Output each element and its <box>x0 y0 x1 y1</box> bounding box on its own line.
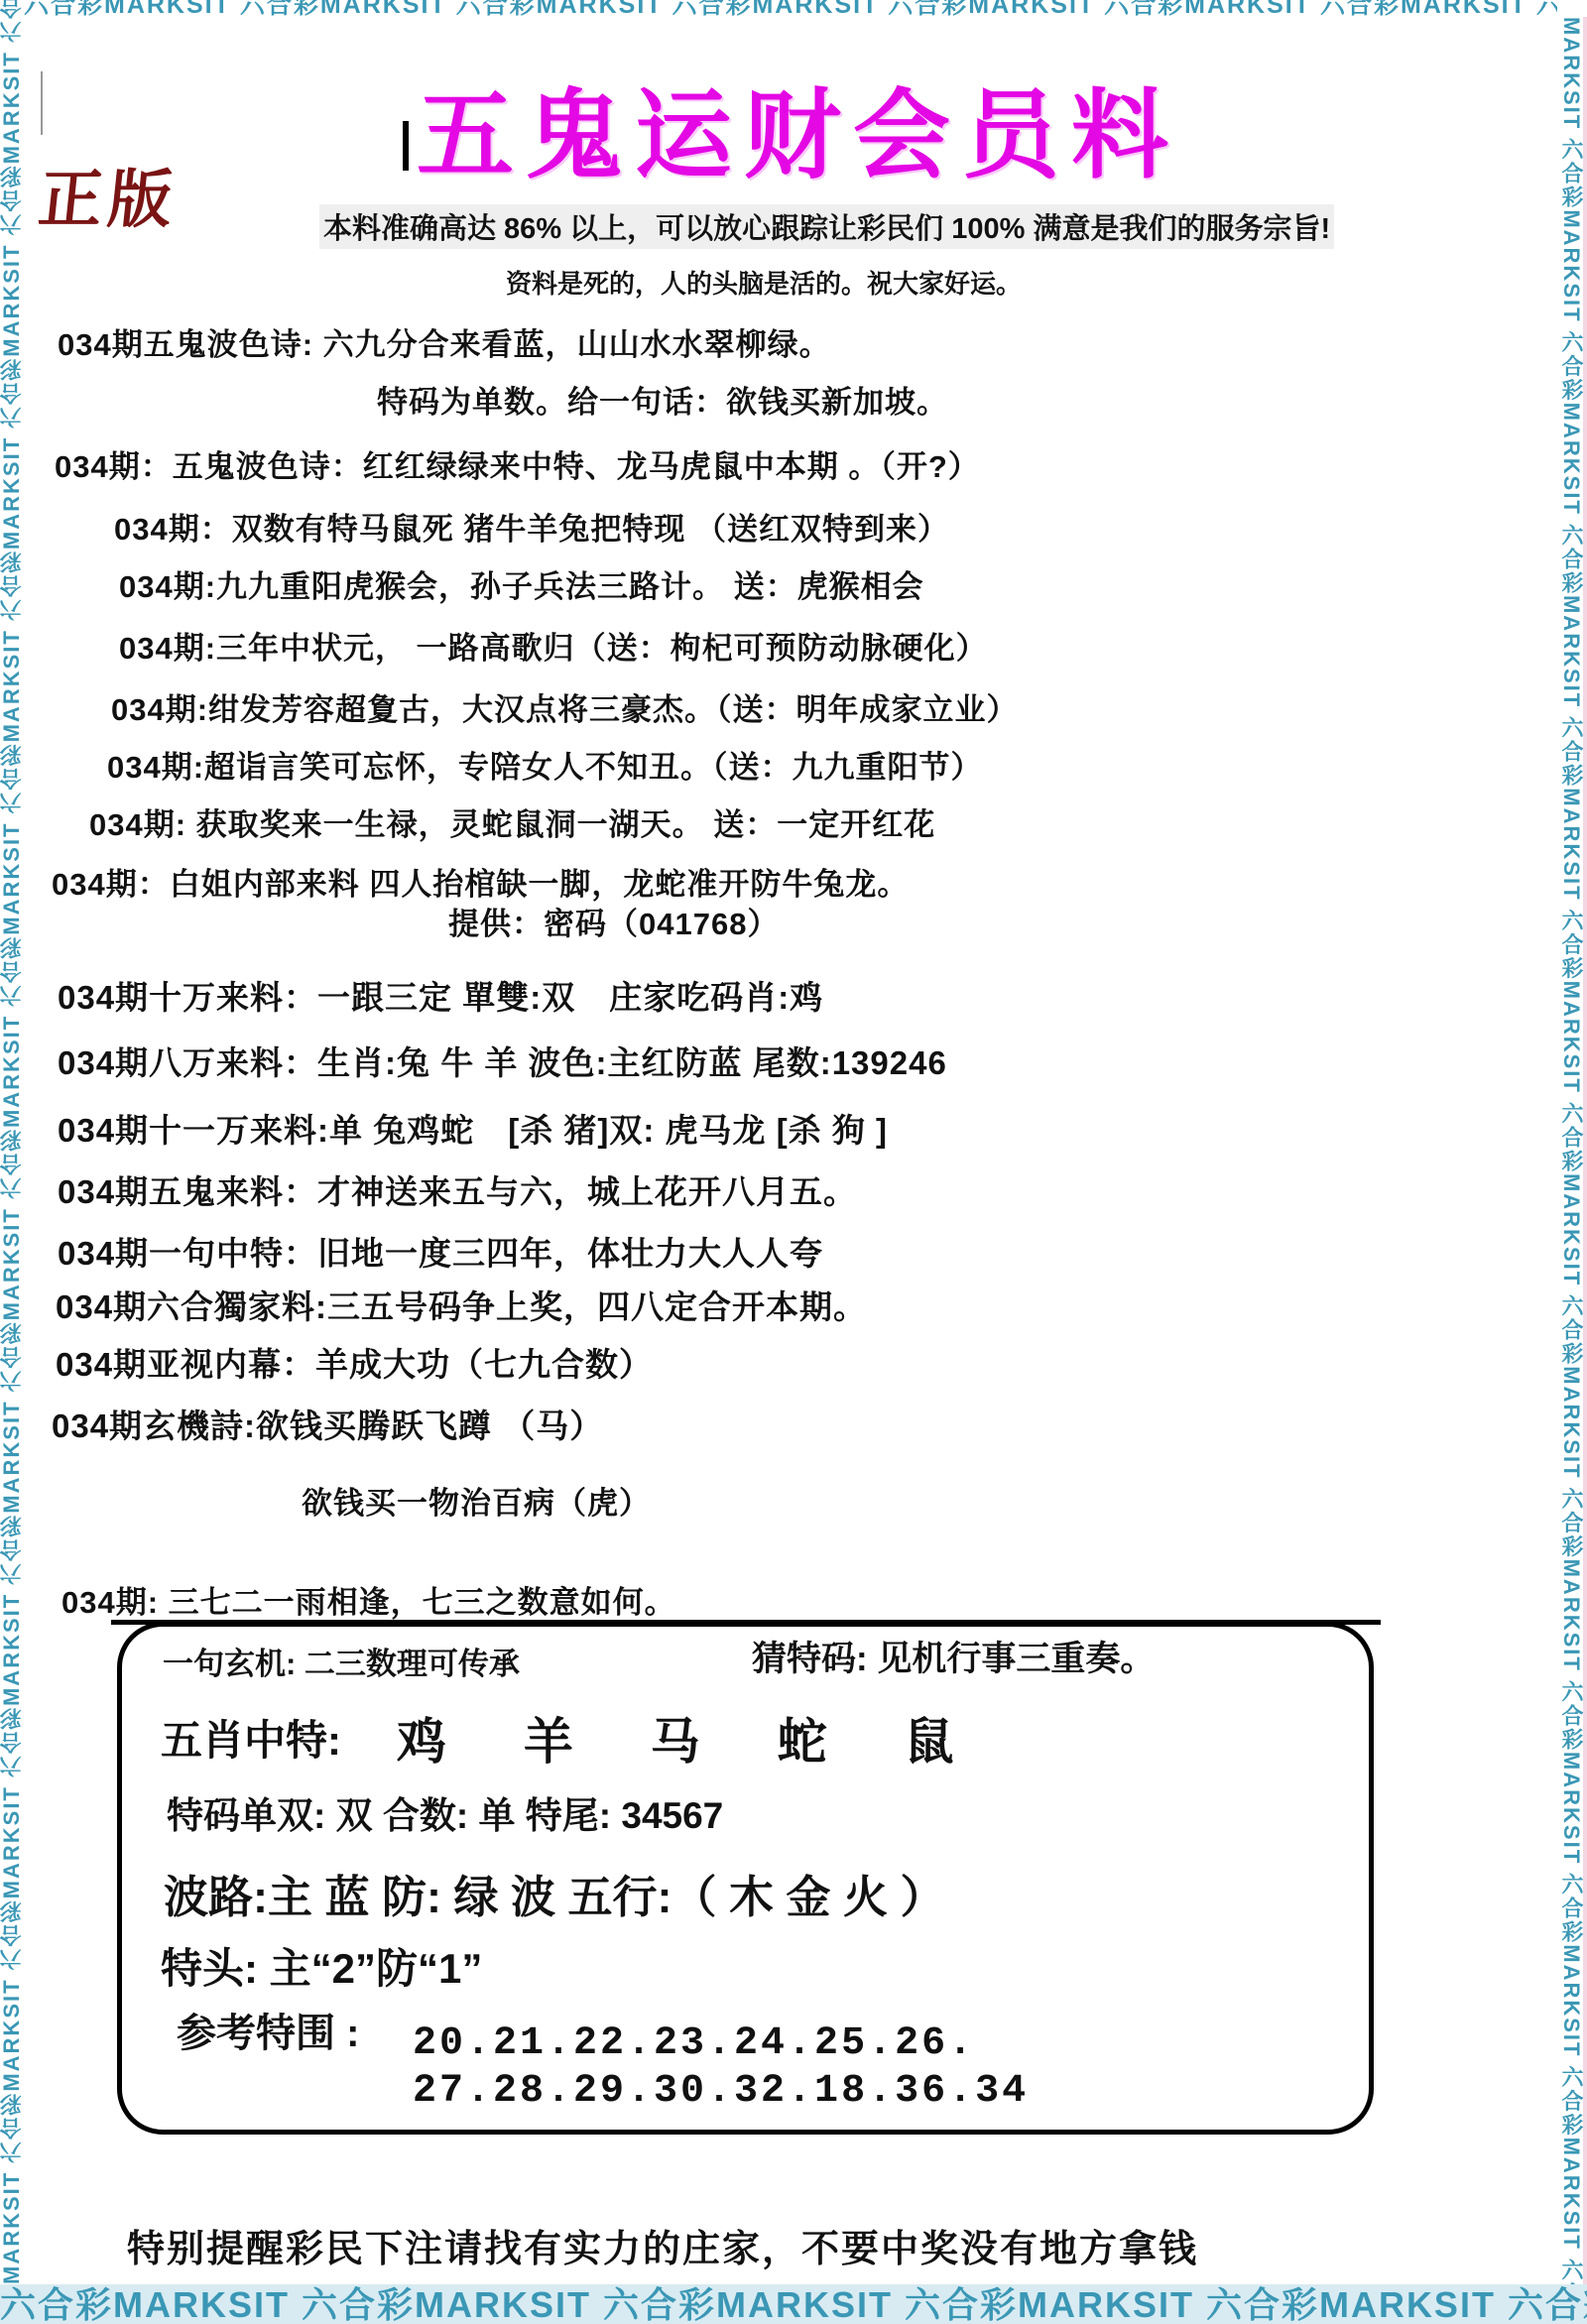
top-watermark-text: 六合彩MARKSIT 六合彩MARKSIT 六合彩MARKSIT 六合彩MARK… <box>24 0 1557 17</box>
genuine-stamp: 正版 <box>35 149 183 240</box>
odd-even-line: 特码单双: 双 合数: 单 特尾: 34567 <box>167 1785 723 1839</box>
right-watermark-border: MARKSIT 六合彩MARKSIT 六合彩MARKSIT 六合彩MARKSIT… <box>1556 17 1587 2284</box>
tip-line: 034期:三年中状元， 一路高歌归（送：枸杞可预防动脉硬化） <box>119 623 988 668</box>
tip-line: 034期:绀发芳容超夐古，大汉点将三豪杰。（送：明年成家立业） <box>111 684 1019 729</box>
tip-line: 034期十万来料：一跟三定 單雙:双 庄家吃码肖:鸡 <box>58 972 823 1019</box>
bottom-watermark-border: 六合彩MARKSIT 六合彩MARKSIT 六合彩MARKSIT 六合彩MARK… <box>0 2284 1587 2324</box>
tip-line: 034期：白姐内部来料 四人抬棺缺一脚，龙蛇准开防牛兔龙。 <box>52 859 909 904</box>
special-head-line: 特头: 主“2”防“1” <box>161 1936 482 1996</box>
five-zodiac-value: 鸡 羊 马 蛇 鼠 <box>397 1702 986 1774</box>
tip-line: 欲钱买一物治百病（虎） <box>302 1478 651 1523</box>
tip-line: 034期：五鬼波色诗：红红绿绿来中特、龙马虎鼠中本期 。（开?） <box>55 441 980 486</box>
tip-line: 034期: 三七二一雨相逢，七三之数意如何。 <box>61 1577 676 1622</box>
title-left-bar <box>403 121 409 171</box>
tip-line: 034期八万来料：生肖:兔 牛 羊 波色:主红防蓝 尾数:139246 <box>58 1038 947 1084</box>
tip-line: 034期: 获取奖来一生禄，灵蛇鼠洞一湖天。 送：一定开红花 <box>89 799 935 844</box>
five-zodiac-label: 五肖中特: <box>161 1708 341 1768</box>
reference-numbers-row2: 27.28.29.30.32.18.36.34 <box>413 2069 1029 2114</box>
tip-line: 034期:超诣言笑可忘怀，专陪女人不知丑。（送：九九重阳节） <box>107 742 983 787</box>
good-luck-slogan: 资料是死的，人的头脑是活的。祝大家好运。 <box>506 264 1022 301</box>
top-watermark-border: 六合彩MARKSIT 六合彩MARKSIT 六合彩MARKSIT 六合彩MARK… <box>24 0 1557 17</box>
tip-line: 034期十一万来料:单 兔鸡蛇 [杀 猪]双: 虎马龙 [杀 狗 ] <box>58 1105 888 1152</box>
tip-line: 034期亚视内幕：羊成大功（七九合数） <box>56 1339 653 1386</box>
accuracy-slogan: 本料准确高达 86% 以上，可以放心跟踪让彩民们 100% 满意是我们的服务宗旨… <box>319 204 1334 249</box>
wave-path-line: 波路:主 蓝 防: 绿 波 五行:（ 木 金 火 ） <box>164 1861 944 1925</box>
reference-numbers-row1: 20.21.22.23.24.25.26. <box>413 2021 975 2066</box>
lottery-flyer-page: 六合彩MARKSIT 六合彩MARKSIT 六合彩MARKSIT 六合彩MARK… <box>0 0 1587 2324</box>
tip-line: 034期:九九重阳虎猴会，孙子兵法三路计。 送：虎猴相会 <box>119 561 924 606</box>
guess-special-phrase: 猜特码: 见机行事三重奏。 <box>752 1632 1155 1681</box>
tip-line: 034期五鬼波色诗: 六九分合来看蓝，山山水水翠柳绿。 <box>58 319 831 364</box>
page-title: 五鬼运财会员料 <box>417 58 1180 197</box>
scan-artifact-line <box>41 71 43 135</box>
tip-line: 034期玄機詩:欲钱买腾跃飞蹲 （马） <box>52 1401 603 1447</box>
bettor-warning: 特别提醒彩民下注请找有实力的庄家，不要中奖没有地方拿钱 <box>127 2218 1198 2272</box>
left-watermark-border: MARKSIT 六合彩MARKSIT 六合彩MARKSIT 六合彩MARKSIT… <box>0 0 24 2284</box>
tip-line: 034期：双数有特马鼠死 猪牛羊兔把特现 （送红双特到来） <box>114 504 949 549</box>
hint-phrase: 一句玄机: 二三数理可传承 <box>163 1639 520 1683</box>
tip-line: 034期六合獨家料:三五号码争上奖，四八定合开本期。 <box>56 1282 867 1328</box>
tip-line: 提供：密码（041768） <box>448 899 779 943</box>
tip-line: 034期一句中特：旧地一度三四年，体壮力大人人夸 <box>58 1228 823 1275</box>
tip-line: 特码为单数。给一句话：欲钱买新加坡。 <box>377 377 948 422</box>
tip-line: 034期五鬼来料：才神送来五与六，城上花开八月五。 <box>58 1166 857 1213</box>
reference-range-label: 参考特围 : <box>177 2002 359 2058</box>
